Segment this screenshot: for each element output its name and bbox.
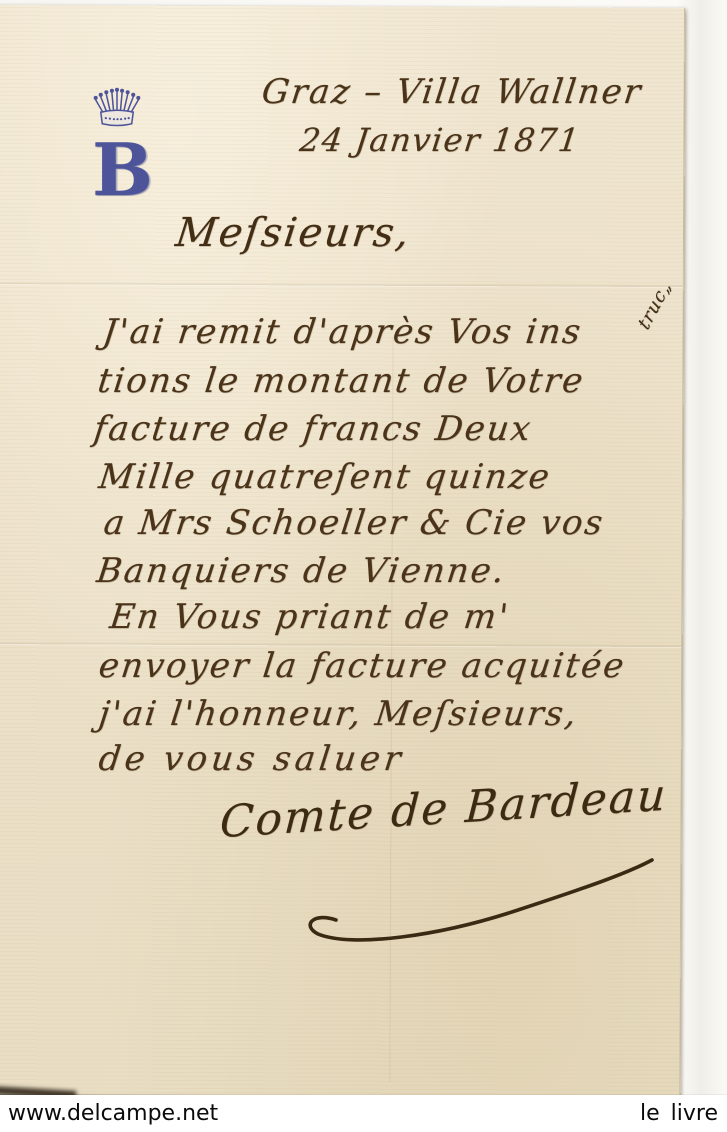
horizontal-fold-crease	[0, 282, 683, 287]
body-line: En Vous priant de m'	[108, 597, 512, 637]
body-line: j'ai l'honneur, Meſsieurs,	[97, 694, 581, 734]
watermark-url: www.delcampe.net	[8, 1101, 218, 1126]
watermark-strip: www.delcampe.net le livre	[0, 1095, 727, 1132]
body-line: facture de francs Deux	[92, 409, 535, 449]
signature-flourish	[290, 848, 670, 948]
letter-date: 24 Janvier 1871	[298, 121, 583, 159]
coronet-crown-icon	[84, 80, 150, 134]
body-line: J'ai remit d'après Vos ins	[101, 312, 585, 352]
salutation: Meſsieurs,	[173, 210, 413, 256]
body-line: envoyer la facture acquitée	[97, 646, 628, 686]
monogram-initial-b: B	[92, 134, 153, 206]
body-line: tions le montant de Votre	[96, 361, 587, 401]
watermark-brand: le livre	[640, 1101, 718, 1126]
body-line: a Mrs Schoeller & Cie vos	[102, 503, 607, 543]
letter-location: Graz – Villa Wallner	[260, 72, 645, 112]
body-line: Mille quatreſent quinze	[97, 457, 554, 497]
body-line: de vous saluer	[97, 739, 407, 779]
body-line: Banquiers de Vienne.	[95, 551, 509, 591]
scanned-letter: B Graz – Villa Wallner 24 Janvier 1871 M…	[0, 0, 727, 1132]
